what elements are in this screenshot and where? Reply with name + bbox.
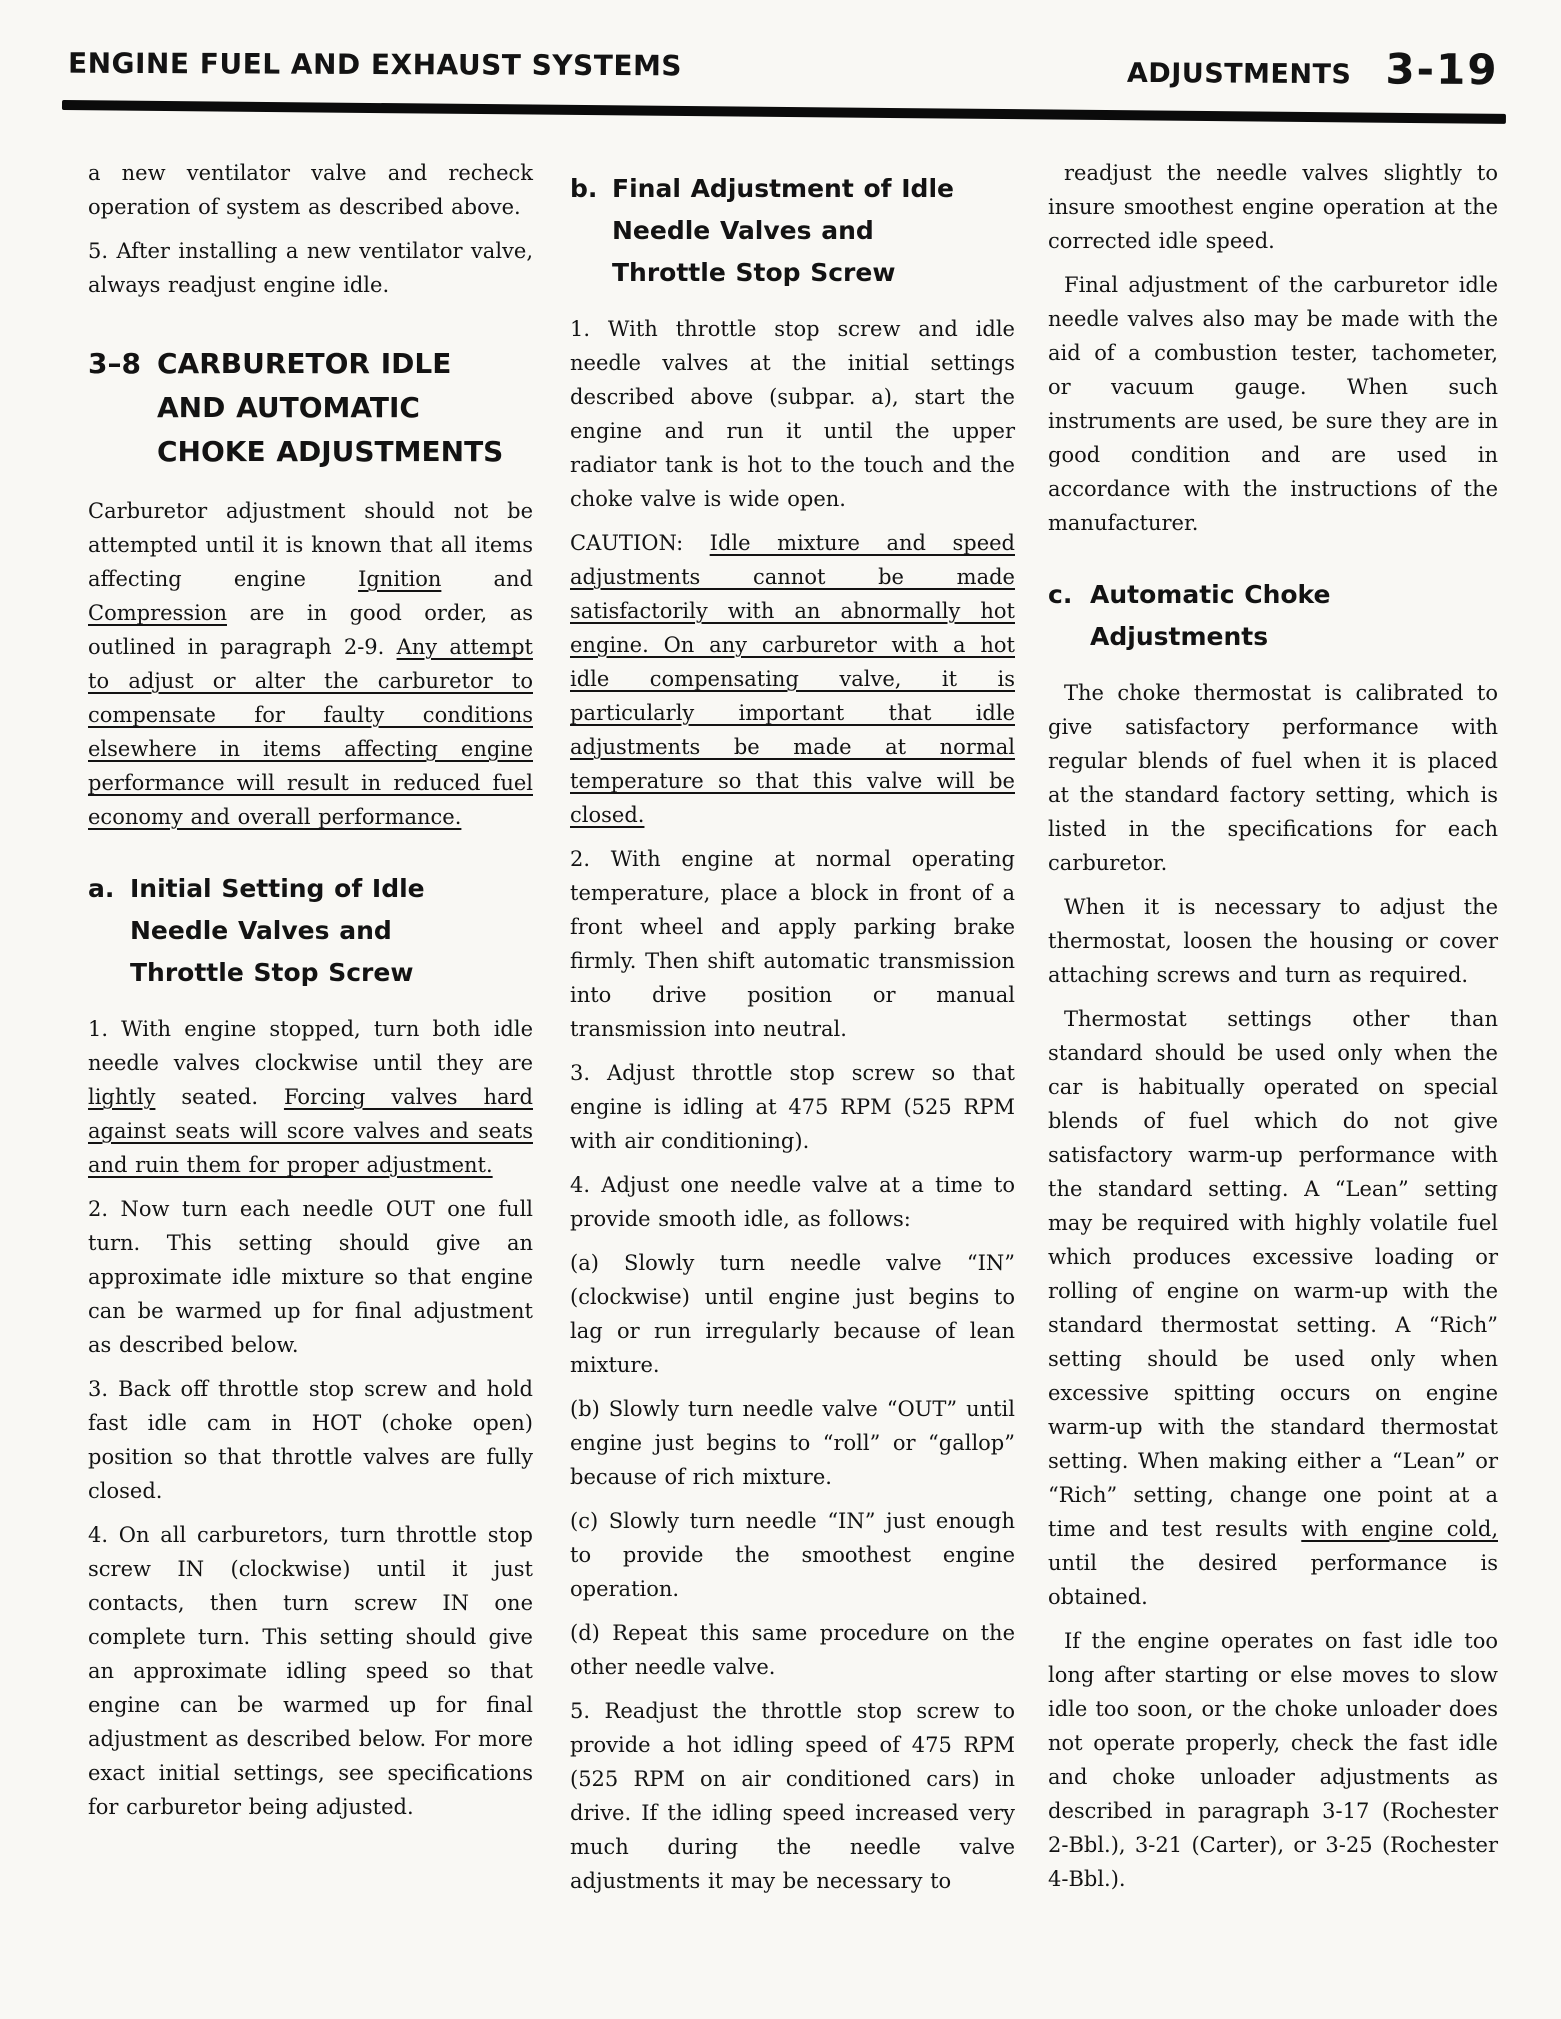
heading-text: CARBURETOR IDLEAND AUTOMATICCHOKE ADJUST… (157, 342, 503, 474)
heading-text: Final Adjustment of IdleNeedle Valves an… (612, 168, 954, 294)
text-run: until the desired performance is obtaine… (1048, 1551, 1498, 1609)
page-header-title: ENGINE FUEL AND EXHAUST SYSTEMS (68, 47, 682, 83)
paragraph: The choke thermostat is calibrated to gi… (1048, 676, 1498, 880)
page-header-right: ADJUSTMENTS 3-19 (1127, 43, 1499, 94)
text-run: (c) Slowly turn needle “IN” just enough … (570, 1509, 1015, 1601)
paragraph: 4. On all carburetors, turn throttle sto… (88, 1518, 533, 1824)
column-right: readjust the needle valves slightly to i… (1048, 156, 1498, 2016)
text-run: (b) Slowly turn needle valve “OUT” until… (570, 1397, 1015, 1489)
paragraph: (c) Slowly turn needle “IN” just enough … (570, 1504, 1015, 1606)
paragraph: 2. With engine at normal operating tempe… (570, 842, 1015, 1046)
heading-line: Needle Valves and (130, 910, 425, 952)
text-run: CAUTION: (570, 531, 710, 555)
header-rule (62, 100, 1506, 124)
paragraph: (d) Repeat this same procedure on the ot… (570, 1616, 1015, 1684)
heading-number: c. (1048, 574, 1078, 658)
text-run: (a) Slowly turn needle valve “IN” (clock… (570, 1251, 1015, 1377)
heading-line: Final Adjustment of Idle (612, 168, 954, 210)
underlined-text: Ignition (358, 567, 441, 591)
underlined-text: Any attempt to adjust or alter the carbu… (88, 635, 533, 829)
heading-line: Automatic Choke (1090, 574, 1330, 616)
paragraph: (b) Slowly turn needle valve “OUT” until… (570, 1392, 1015, 1494)
text-run: 4. Adjust one needle valve at a time to … (570, 1173, 1015, 1231)
text-run: Final adjustment of the carburetor idle … (1048, 273, 1498, 535)
paragraph: When it is necessary to adjust the therm… (1048, 890, 1498, 992)
heading-line: Adjustments (1090, 616, 1330, 658)
text-run: a new ventilator valve and recheck opera… (88, 161, 533, 219)
paragraph: Thermostat settings other than standard … (1048, 1002, 1498, 1614)
page-number: 3-19 (1386, 44, 1499, 94)
paragraph: readjust the needle valves slightly to i… (1048, 156, 1498, 258)
heading-line: Throttle Stop Screw (130, 952, 425, 994)
text-run: When it is necessary to adjust the therm… (1048, 895, 1498, 987)
heading-line: Needle Valves and (612, 210, 954, 252)
text-run: readjust the needle valves slightly to i… (1048, 161, 1498, 253)
text-run: seated. (155, 1085, 284, 1109)
text-run: 1. With engine stopped, turn both idle n… (88, 1017, 533, 1075)
paragraph: CAUTION: Idle mixture and speed adjustme… (570, 526, 1015, 832)
paragraph: 2. Now turn each needle OUT one full tur… (88, 1192, 533, 1362)
heading-line: Initial Setting of Idle (130, 868, 425, 910)
paragraph: If the engine operates on fast idle too … (1048, 1624, 1498, 1896)
heading-number: 3–8 (88, 342, 141, 474)
sub-heading: b.Final Adjustment of IdleNeedle Valves … (570, 168, 1015, 294)
paragraph: 4. Adjust one needle valve at a time to … (570, 1168, 1015, 1236)
text-run: 5. Readjust the throttle stop screw to p… (570, 1699, 1015, 1893)
text-run: and (441, 567, 533, 591)
column-middle: b.Final Adjustment of IdleNeedle Valves … (570, 156, 1015, 2016)
paragraph: 3. Adjust throttle stop screw so that en… (570, 1056, 1015, 1158)
heading-line: AND AUTOMATIC (157, 386, 503, 430)
paragraph: 1. With throttle stop screw and idle nee… (570, 312, 1015, 516)
paragraph: 5. Readjust the throttle stop screw to p… (570, 1694, 1015, 1898)
section-heading: 3–8CARBURETOR IDLEAND AUTOMATICCHOKE ADJ… (88, 342, 533, 474)
text-run: 2. With engine at normal operating tempe… (570, 847, 1015, 1041)
text-run: 4. On all carburetors, turn throttle sto… (88, 1523, 533, 1819)
heading-text: Automatic ChokeAdjustments (1090, 574, 1330, 658)
heading-number: b. (570, 168, 600, 294)
underlined-text: Idle mixture and speed adjustments canno… (570, 531, 1015, 827)
column-left: a new ventilator valve and recheck opera… (88, 156, 533, 2016)
sub-heading: a.Initial Setting of IdleNeedle Valves a… (88, 868, 533, 994)
text-run: 2. Now turn each needle OUT one full tur… (88, 1197, 533, 1357)
text-run: If the engine operates on fast idle too … (1048, 1629, 1498, 1891)
sub-heading: c.Automatic ChokeAdjustments (1048, 574, 1498, 658)
text-run: The choke thermostat is calibrated to gi… (1048, 681, 1498, 875)
paragraph: Final adjustment of the carburetor idle … (1048, 268, 1498, 540)
paragraph: 1. With engine stopped, turn both idle n… (88, 1012, 533, 1182)
paragraph: a new ventilator valve and recheck opera… (88, 156, 533, 224)
heading-number: a. (88, 868, 118, 994)
paragraph: 5. After installing a new ventilator val… (88, 234, 533, 302)
heading-line: CHOKE ADJUSTMENTS (157, 430, 503, 474)
paragraph: Carburetor adjustment should not be atte… (88, 494, 533, 834)
underlined-text: Compression (88, 601, 227, 625)
paragraph: 3. Back off throttle stop screw and hold… (88, 1372, 533, 1508)
text-run: (d) Repeat this same procedure on the ot… (570, 1621, 1015, 1679)
page-header-section: ADJUSTMENTS (1127, 58, 1352, 90)
heading-text: Initial Setting of IdleNeedle Valves and… (130, 868, 425, 994)
text-run: 5. After installing a new ventilator val… (88, 239, 533, 297)
heading-line: Throttle Stop Screw (612, 252, 954, 294)
heading-line: CARBURETOR IDLE (157, 342, 503, 386)
paragraph: (a) Slowly turn needle valve “IN” (clock… (570, 1246, 1015, 1382)
text-run: 1. With throttle stop screw and idle nee… (570, 317, 1015, 511)
manual-page: ENGINE FUEL AND EXHAUST SYSTEMS ADJUSTME… (0, 0, 1561, 2019)
text-run: 3. Adjust throttle stop screw so that en… (570, 1061, 1015, 1153)
text-run: 3. Back off throttle stop screw and hold… (88, 1377, 533, 1503)
underlined-text: lightly (88, 1085, 155, 1109)
underlined-text: with engine cold, (1301, 1517, 1498, 1541)
text-run: Thermostat settings other than standard … (1048, 1007, 1498, 1541)
